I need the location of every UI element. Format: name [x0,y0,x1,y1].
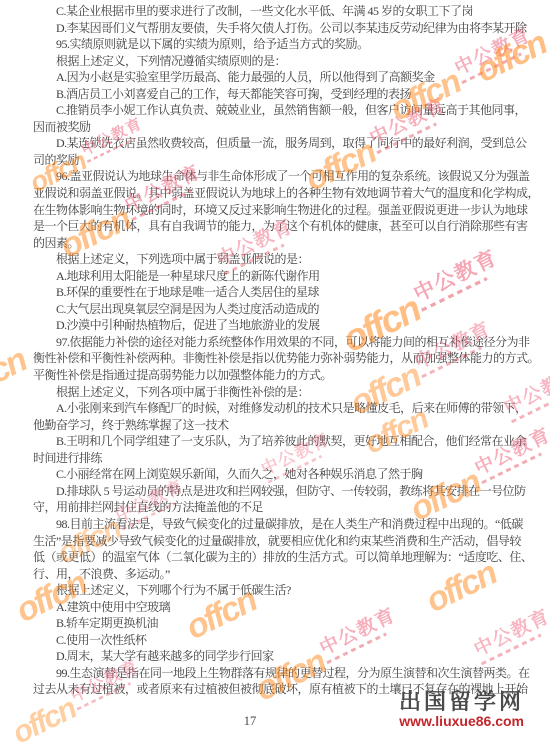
text-line: 亚假说和弱盖亚假说。其中弱盖亚假说认为地球上的各种生物有效地调节着大气的温度和化… [33,185,523,202]
text-line: A.小张刚来到汽车修配厂的时候，对维修发动机的技术只是略懂皮毛，后来在师傅的带领… [33,400,523,417]
text-line: D.沙漠中引种耐热植物后，促进了当地旅游业的发展 [33,317,523,334]
watermark-offcn-logo: offcn中公教育 [0,341,32,408]
text-line: B.轿车定期更换机油 [33,615,523,632]
text-line: B.酒店员工小刘喜爱自己的工作，每天都能笑容可掬，受到经理的表扬 [33,86,523,103]
text-line: C.使用一次性纸杯 [33,632,523,649]
text-line: 司的奖励 [33,152,523,169]
text-line: 的因素。 [33,235,523,252]
site-title: 出国留学网 [399,689,524,715]
text-line: D.排球队 5 号运动员的特点是进攻和拦网较强，但防守、一传较弱，教练将其安排在… [33,483,523,500]
site-url: www.liuxue86.com [399,713,524,729]
text-line: 时间进行排练 [33,450,523,467]
text-line: A.地球利用太阳能是一种星球尺度上的新陈代谢作用 [33,268,523,285]
text-line: 生活”是指要减少导致气候变化的过量碳排放，就要相应优化和约束某些消费和生产活动，… [33,533,523,550]
text-line: B.环保的重要性在于地球是唯一适合人类居住的星球 [33,284,523,301]
text-line: 97.依据能力补偿的途径对能力系统整体作用效果的不同，可以将能力间的相互补偿途径… [33,334,523,351]
site-logo: 出国留学网 www.liuxue86.com [399,689,524,729]
text-line: 守，用前排拦网封住直线的方法掩盖他的不足 [33,499,523,516]
text-line: 96.盖亚假说认为地球生命体与非生命体形成了一个可相互作用的复杂系统。该假说又分… [33,168,523,185]
text-line: A.因为小赵是实验室里学历最高、能力最强的人员，所以他得到了高额奖金 [33,69,523,86]
text-line: C.某企业根据市里的要求进行了改制，一些文化水平低、年满 45 岁的女职工下了岗 [33,3,523,20]
text-line: D.周末，某大学有越来越多的同学步行回家 [33,648,523,665]
document-page: C.某企业根据市里的要求进行了改制，一些文化水平低、年满 45 岁的女职工下了岗… [0,0,550,751]
text-line: 98.目前主流看法是，导致气候变化的过量碳排放，是在人类生产和消费过程中出现的。… [33,516,523,533]
offcn-wordmark: offcn [0,341,32,407]
text-line: C.推销员李小妮工作认真负责、兢兢业业，虽然销售额一般，但客户访问量远高于其他同… [33,102,523,119]
text-line: 95.实绩原则就是以下属的实绩为原则，给予适当方式的奖励。 [33,36,523,53]
text-line: C.小丽经常在网上浏览娱乐新闻，久而久之，她对各种娱乐消息了然于胸 [33,466,523,483]
text-line: 低（或更低）的温室气体（二氧化碳为主的）排放的生活方式。可以简单地理解为：“适度… [33,549,523,566]
text-line: C.大气层出现臭氧层空洞是因为人类过度活动造成的 [33,301,523,318]
text-line: 根据上述定义，下列各项中属于非衡性补偿的是： [33,384,523,401]
text-line: B.王明和几个同学组建了一支乐队，为了培养彼此的默契，更好地互相配合，他们经常在… [33,433,523,450]
text-line: 是一个巨大的有机体，具有自我调节的能力，为了这个有机体的健康，甚至可以自行消除那… [33,218,523,235]
text-line: 衡性补偿和平衡性补偿两种。非衡性补偿是指以优势能力弥补弱势能力，从而加强整体能力… [33,350,523,367]
text-line: 他勤奋学习，终于熟练掌握了这一技术 [33,417,523,434]
text-line: 根据上述定义，下列选项中属于弱盖亚假说的是： [33,251,523,268]
text-line: D.李某因哥们义气帮朋友要债，失手将欠债人打伤。公司以李某违反劳动纪律为由将李某… [33,20,523,37]
text-line: 行、用，不浪费、多运动。” [33,566,523,583]
text-line: 平衡性补偿是指通过提高弱势能力以加强整体能力的方式。 [33,367,523,384]
text-line: 在生物体影响生物环境的同时，环境又反过来影响生物进化的过程。强盖亚假说更进一步认… [33,202,523,219]
text-line: 根据上述定义，下列情况遵循实绩原则的是： [33,53,523,70]
text-line: A.建筑中使用中空玻璃 [33,599,523,616]
text-line: 99.生态演替是指在同一地段上生物群落有规律的更替过程，分为原生演替和次生演替两… [33,665,523,682]
question-text-block: C.某企业根据市里的要求进行了改制，一些文化水平低、年满 45 岁的女职工下了岗… [33,3,523,698]
text-line: 根据上述定义，下列哪个行为不属于低碳生活? [33,582,523,599]
text-line: D.某连锁洗衣店虽然收费较高，但质量一流，服务周到，取得了同行中的最好利润，受到… [33,135,523,152]
text-line: 因而被奖励 [33,119,523,136]
